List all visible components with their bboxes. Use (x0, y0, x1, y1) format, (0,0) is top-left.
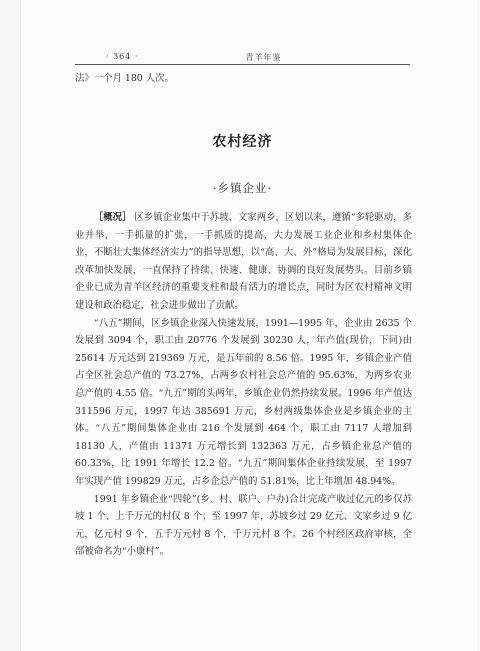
paragraph-1991-1997: 1991 年乡镇企业“四轮”(乡、村、联户、户办)合计完成产收过亿元的乡仅苏坡 … (75, 491, 412, 561)
paragraph-overview: ［概况］ 区乡镇企业集中于苏坡、文家两乡，区划以来，遵循“多轮驱动，多业并举，一… (75, 209, 412, 315)
paragraph-text: “八五”期间，区乡镇企业深入快速发展，1991—1995 年，企业由 2635 … (75, 318, 412, 487)
header-rule (75, 64, 410, 65)
running-header: · 364 · 青羊年鉴 (96, 50, 431, 64)
paragraph-eighth-five-year: “八五”期间，区乡镇企业深入快速发展，1991—1995 年，企业由 2635 … (75, 315, 412, 491)
chapter-title: 农村经济 (75, 131, 410, 151)
section-body: ［概况］ 区乡镇企业集中于苏坡、文家两乡，区划以来，遵循“多轮驱动，多业并举，一… (75, 209, 412, 561)
book-title: 青羊年鉴 (96, 52, 431, 63)
paragraph-text: 区乡镇企业集中于苏坡、文家两乡，区划以来，遵循“多轮驱动，多业并举，一手抓量的扩… (75, 212, 412, 311)
section-title: ·乡镇企业· (75, 180, 410, 196)
overview-tag: ［概况］ (94, 212, 132, 223)
carryover-text: 法》一个月 180 人次。 (75, 70, 410, 88)
paragraph-text: 1991 年乡镇企业“四轮”(乡、村、联户、户办)合计完成产收过亿元的乡仅苏坡 … (75, 494, 412, 558)
